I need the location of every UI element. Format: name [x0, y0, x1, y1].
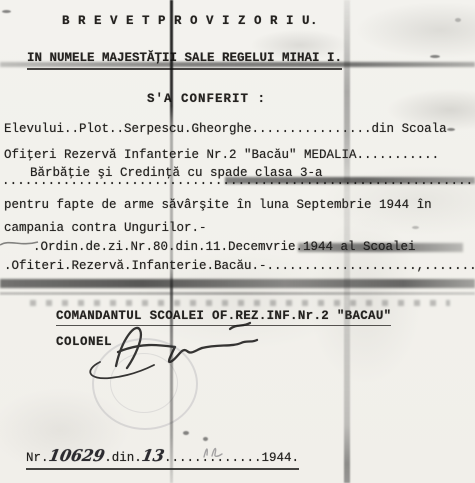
ink-speck	[447, 128, 455, 131]
ink-speck	[2, 10, 11, 13]
faint-handwriting-mark	[198, 441, 224, 461]
ink-speck	[430, 55, 440, 58]
year-label: 1944.	[262, 451, 300, 465]
document-title: B R E V E T P R O V I Z O R I U.	[62, 15, 318, 28]
horizontal-crease-middle-2	[0, 292, 475, 295]
recipient-line: Elevului..Plot..Serpescu.Gheorghe.......…	[4, 123, 447, 136]
deeds-line-1: pentru fapte de arme săvârşite în luna S…	[4, 199, 432, 212]
crease-squiggle-left	[0, 236, 40, 250]
handwritten-day: 13	[141, 449, 166, 462]
horizontal-crease-middle	[0, 279, 475, 288]
ink-speck	[412, 226, 419, 229]
ink-speck	[203, 437, 208, 441]
ink-speck	[455, 18, 461, 22]
nr-label: Nr.	[26, 451, 49, 465]
deeds-line-2: campania contra Ungurilor.-	[4, 222, 207, 235]
order-line-2: .Ofiteri.Rezervă.Infanterie.Bacău.-.....…	[4, 260, 475, 273]
registration-line: Nr.10629.din.13.............1944.	[26, 449, 299, 470]
scanned-certificate-page: B R E V E T P R O V I Z O R I U. IN NUME…	[0, 0, 475, 483]
signature	[82, 316, 272, 384]
ink-speck	[183, 431, 189, 435]
dotted-fill-line: ........................................…	[2, 175, 473, 188]
speckle-band	[30, 300, 450, 306]
conferred-heading: S'A CONFERIT :	[147, 93, 266, 106]
order-line-1: .Ordin.de.zi.Nr.80.din.11.Decemvrie.1944…	[33, 241, 416, 254]
school-medal-line: Ofiţeri Rezervă Infanterie Nr.2 "Bacău" …	[4, 149, 439, 162]
royal-dedication-line: IN NUMELE MAJESTĂŢII SALE REGELUI MIHAI …	[27, 52, 342, 70]
handwritten-number: 10629	[47, 449, 105, 462]
din-label: .din.	[104, 451, 142, 465]
